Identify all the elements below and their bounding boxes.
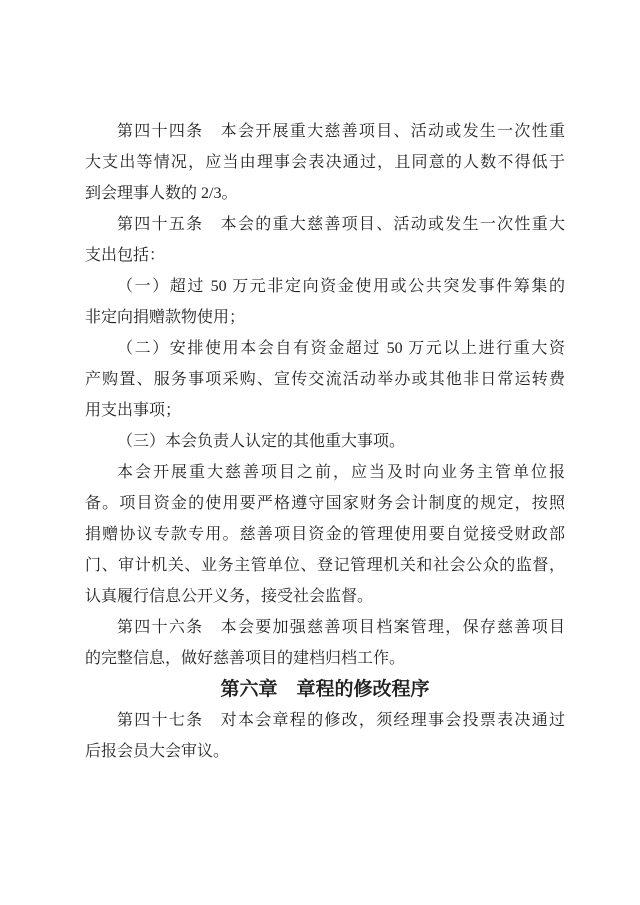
- body-line: 门、审计机关、业务主管单位、登记管理机关和社会公众的监督，: [85, 550, 565, 581]
- body-line: 支出包括：: [85, 240, 565, 271]
- body-line: 本会开展重大慈善项目之前，应当及时向业务主管单位报: [85, 457, 565, 488]
- body-line-article-45: 第四十五条 本会的重大慈善项目、活动或发生一次性重大: [85, 209, 565, 240]
- body-line-item-3: （三）本会负责人认定的其他重大事项。: [85, 426, 565, 457]
- body-line: 到会理事人数的 2/3。: [85, 178, 565, 209]
- body-line: 非定向捐赠款物使用；: [85, 302, 565, 333]
- body-line: 用支出事项；: [85, 395, 565, 426]
- document-text-block: 第四十四条 本会开展重大慈善项目、活动或发生一次性重 大支出等情况，应当由理事会…: [85, 116, 565, 767]
- body-line: 备。项目资金的使用要严格遵守国家财务会计制度的规定，按照: [85, 488, 565, 519]
- body-line: 的完整信息，做好慈善项目的建档归档工作。: [85, 643, 565, 674]
- body-line: 认真履行信息公开义务，接受社会监督。: [85, 581, 565, 612]
- body-line-item-1: （一）超过 50 万元非定向资金使用或公共突发事件筹集的: [85, 271, 565, 302]
- body-line-article-44: 第四十四条 本会开展重大慈善项目、活动或发生一次性重: [85, 116, 565, 147]
- document-page: 第四十四条 本会开展重大慈善项目、活动或发生一次性重 大支出等情况，应当由理事会…: [0, 0, 640, 905]
- body-line: 后报会员大会审议。: [85, 736, 565, 767]
- body-line-article-47: 第四十七条 对本会章程的修改，须经理事会投票表决通过: [85, 705, 565, 736]
- body-line: 捐赠协议专款专用。慈善项目资金的管理使用要自觉接受财政部: [85, 519, 565, 550]
- body-line: 产购置、服务事项采购、宣传交流活动举办或其他非日常运转费: [85, 364, 565, 395]
- body-line-item-2: （二）安排使用本会自有资金超过 50 万元以上进行重大资: [85, 333, 565, 364]
- body-line-article-46: 第四十六条 本会要加强慈善项目档案管理，保存慈善项目: [85, 612, 565, 643]
- body-line: 大支出等情况，应当由理事会表决通过，且同意的人数不得低于: [85, 147, 565, 178]
- chapter-heading: 第六章 章程的修改程序: [85, 674, 565, 705]
